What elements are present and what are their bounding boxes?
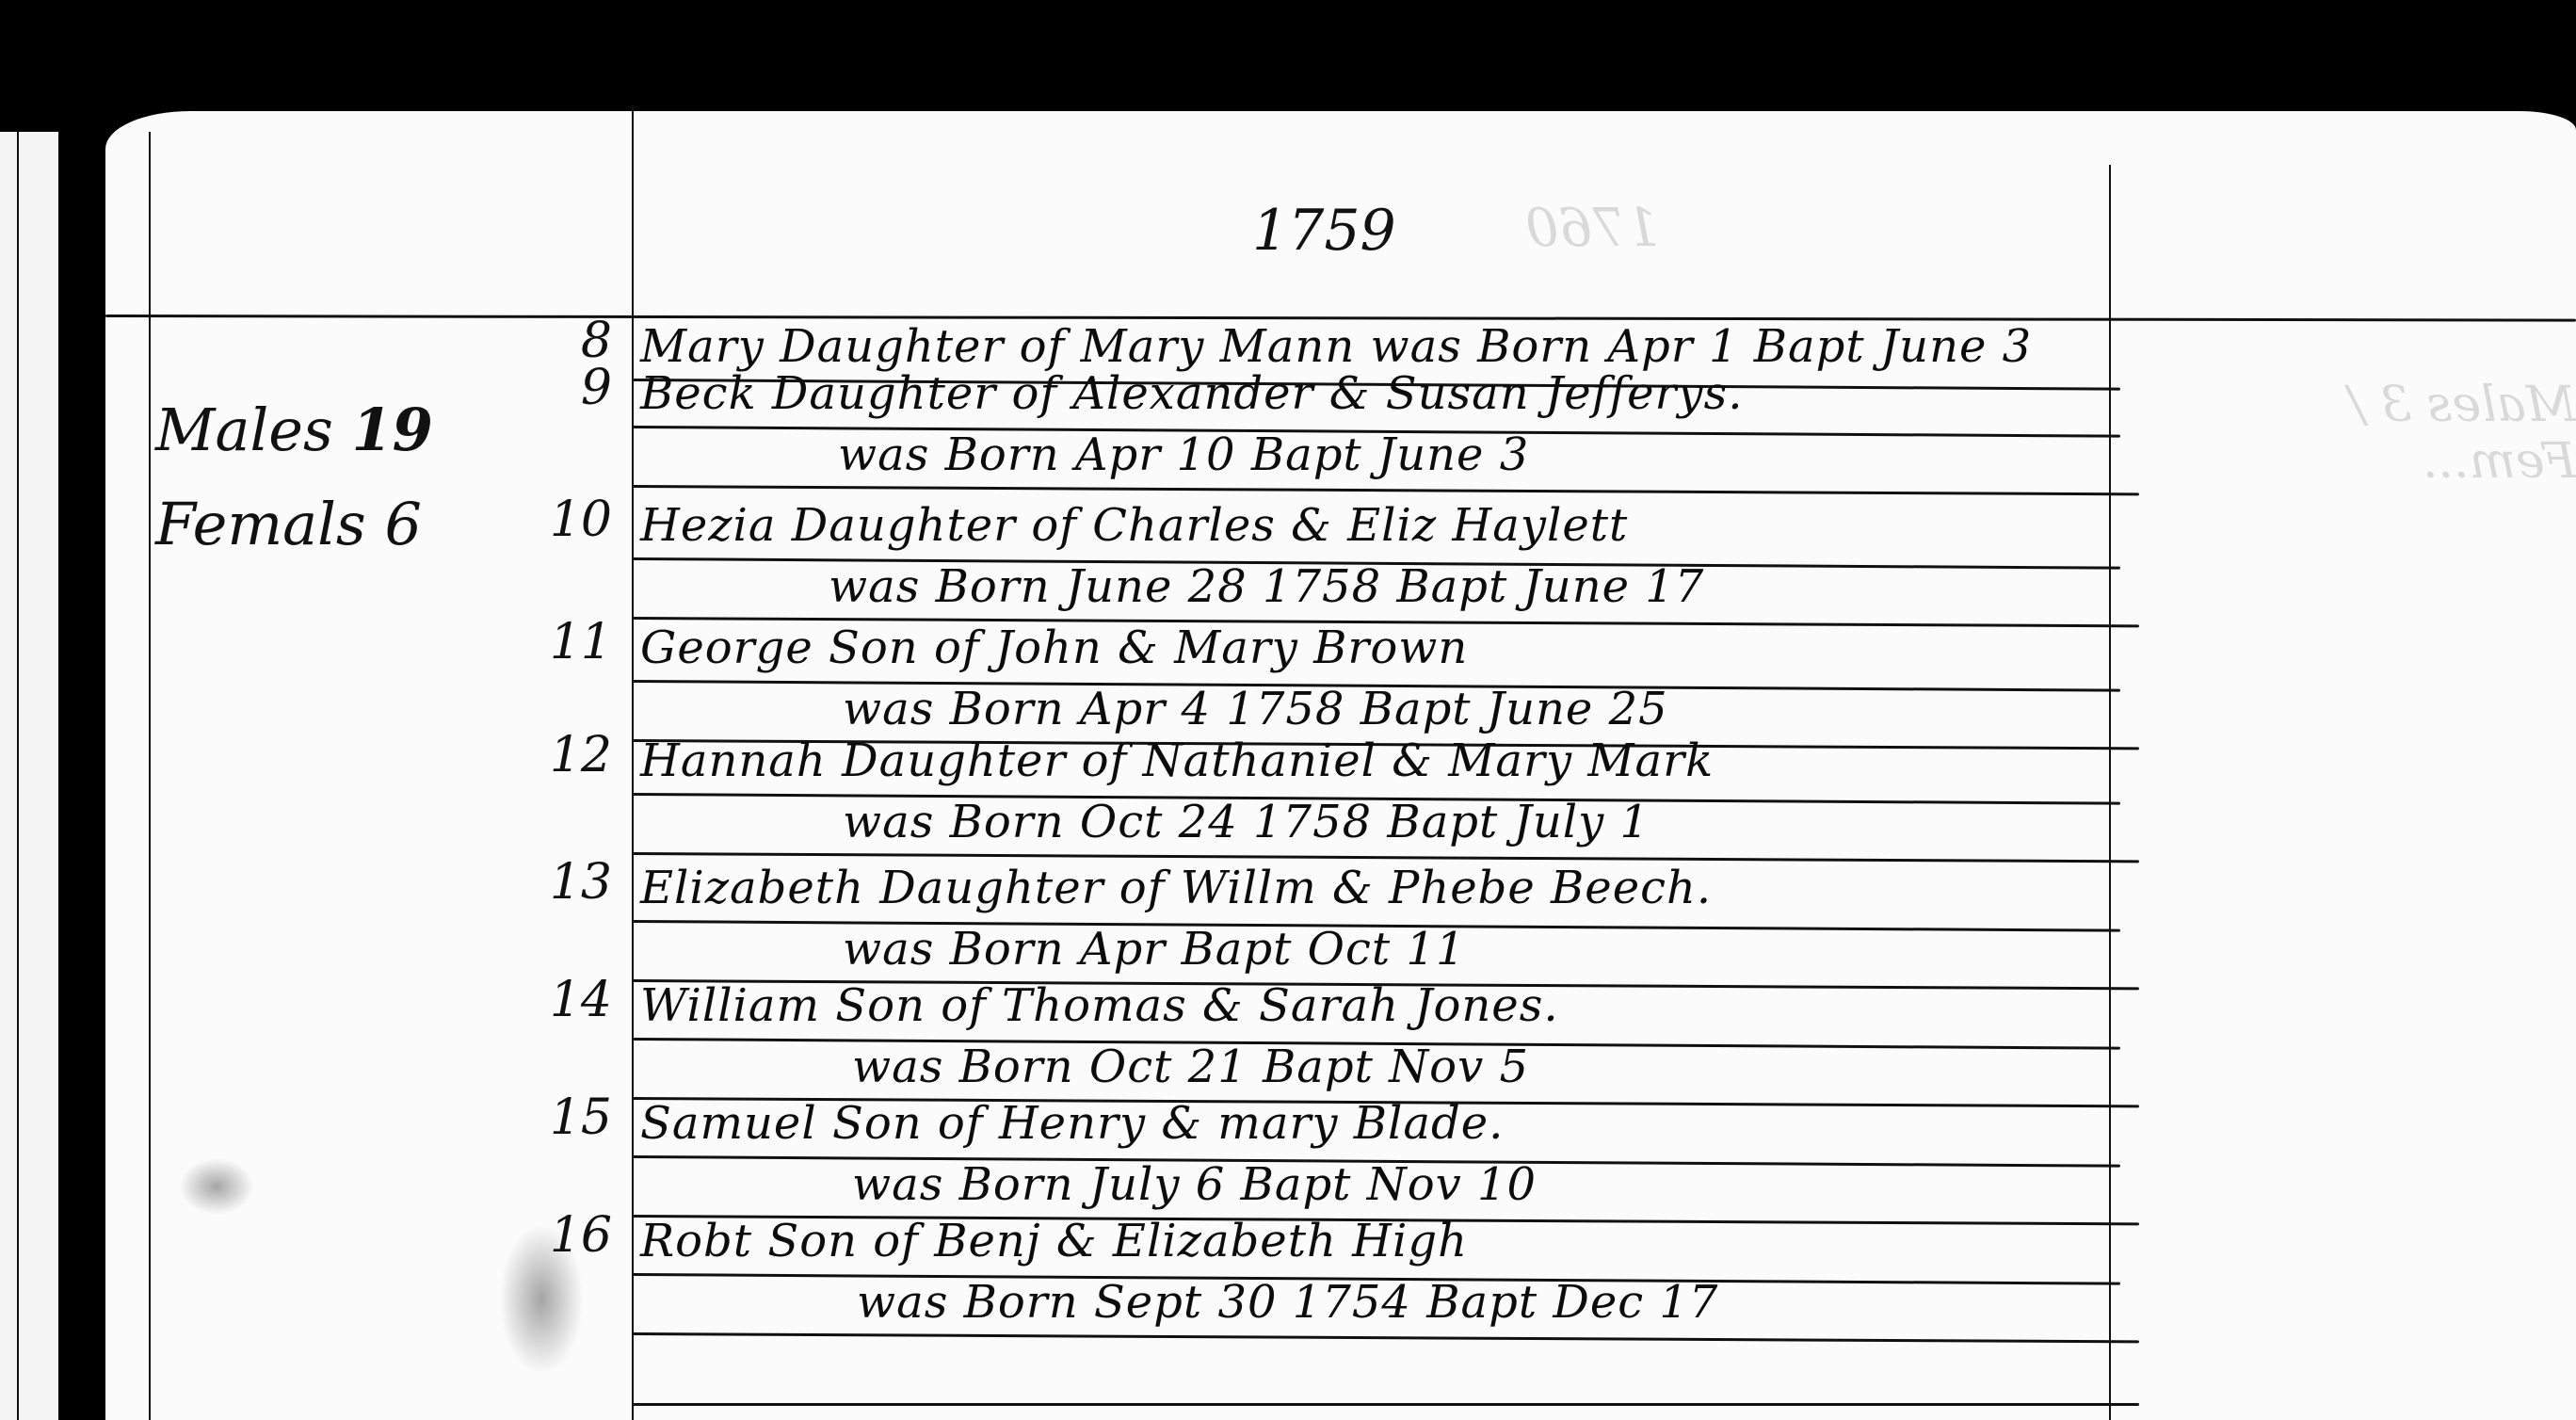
entry-number: 16 [527,1207,612,1264]
bleedthrough-year: 1760 [1525,198,1660,259]
ruled-line [633,1403,2139,1406]
males-count: 19 [352,395,433,464]
females-label: Femals [155,490,366,558]
entry-line: was Born Oct 24 1758 Bapt July 1 [843,796,1650,848]
males-label: Males [155,395,333,464]
entry-line: was Born Apr 10 Bapt June 3 [838,428,1529,481]
margin-rule-left [149,132,151,1420]
entry-line: Beck Daughter of Alexander & Susan Jeffe… [640,367,1743,420]
far-left-rule [17,132,19,1420]
entry-line: Samuel Son of Henry & mary Blade. [640,1097,1504,1150]
females-tally: Femals 6 [155,490,422,558]
register-year: 1759 [1252,198,1396,264]
entry-number: 10 [527,492,612,548]
entry-line: Robt Son of Benj & Elizabeth High [640,1215,1468,1267]
entry-line: Hezia Daughter of Charles & Eliz Haylett [640,499,1628,552]
entry-line: Mary Daughter of Mary Mann was Born Apr … [640,320,2032,373]
entry-line: Elizabeth Daughter of Willm & Phebe Beec… [640,862,1712,914]
entry-line: was Born July 6 Bapt Nov 10 [852,1158,1537,1211]
entry-line: William Son of Thomas & Sarah Jones. [640,979,1559,1032]
bleedthrough-margin-note: Males 3 / Fem... [2278,377,2576,490]
entry-number: 13 [527,854,612,911]
entry-line: was Born June 28 1758 Bapt June 17 [829,560,1704,613]
entry-line: was Born Oct 21 Bapt Nov 5 [852,1041,1529,1093]
entry-number: 9 [527,360,612,416]
entry-column-rule [632,105,634,1420]
book-gutter-shadow [58,141,105,1420]
entry-number: 11 [527,614,612,670]
ink-smudge [179,1158,254,1215]
males-tally: Males 19 [155,395,433,464]
entry-line: was Born Sept 30 1754 Bapt Dec 17 [857,1276,1718,1329]
entry-number: 15 [527,1089,612,1146]
right-column-rule [2109,165,2111,1420]
females-count: 6 [384,490,421,558]
entry-number: 14 [527,972,612,1028]
entry-number: 12 [527,727,612,783]
entry-line: was Born Apr Bapt Oct 11 [843,923,1466,976]
entry-line: was Born Apr 4 1758 Bapt June 25 [843,683,1668,735]
entry-line: George Son of John & Mary Brown [640,621,1468,674]
entry-line: Hannah Daughter of Nathaniel & Mary Mark [640,734,1714,787]
scanned-register-page: 1760 Males 3 / Fem... 1759 Males 19 Fema… [0,0,2576,1420]
facing-page-edge [0,132,58,1420]
